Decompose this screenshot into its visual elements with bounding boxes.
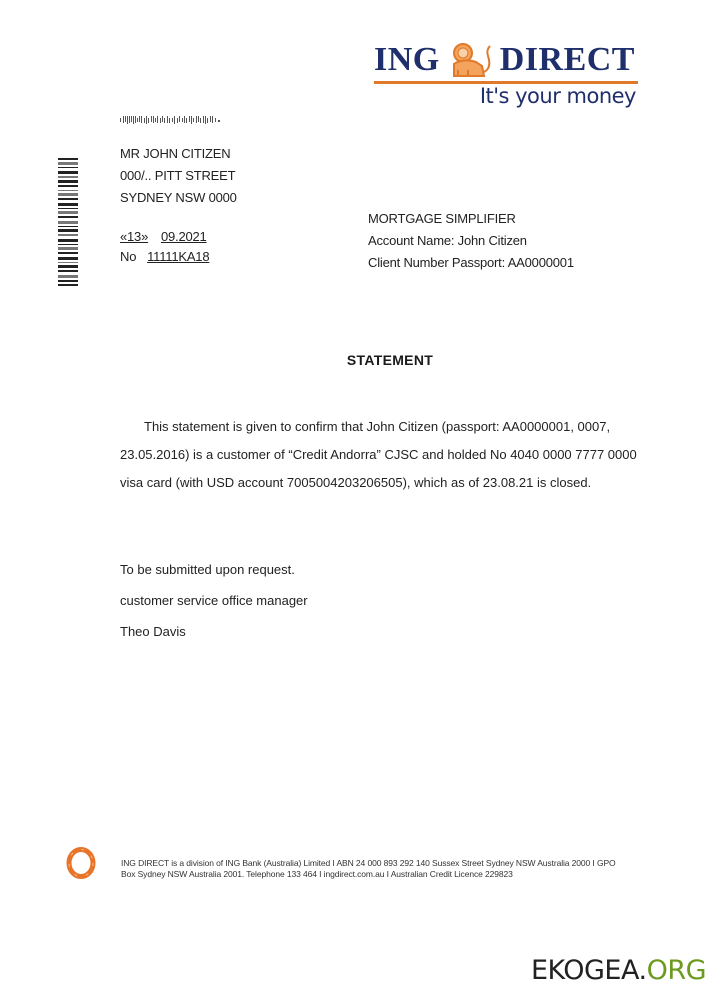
- logo-word-ing: ING: [374, 40, 440, 80]
- document-number: No 11111KA18: [120, 249, 209, 264]
- document-date: «13» 09.2021: [120, 229, 207, 244]
- logo-word-direct: DIRECT: [500, 40, 635, 80]
- lion-icon: [446, 42, 496, 78]
- signatory-role: customer service office manager: [120, 593, 308, 608]
- watermark-part-1: EKOGEA.: [531, 955, 647, 986]
- signatory-name: Theo Davis: [120, 624, 186, 639]
- watermark-part-2: ORG: [647, 955, 706, 986]
- number-label: No: [120, 249, 136, 264]
- closing-note: To be submitted upon request.: [120, 562, 295, 577]
- account-name: Account Name: John Citizen: [368, 233, 527, 248]
- footer-line-1: ING DIRECT is a division of ING Bank (Au…: [121, 858, 616, 869]
- statement-line-2: 23.05.2016) is a customer of “Credit And…: [120, 444, 640, 465]
- ing-direct-logo: ING DIRECT It's your money: [374, 40, 638, 110]
- recipient-street: 000/.. PITT STREET: [120, 168, 235, 183]
- postal-barcode-icon: [120, 115, 230, 124]
- date-day: «13»: [120, 229, 148, 244]
- number-value: 11111KA18: [147, 249, 209, 264]
- date-month-year: 09.2021: [161, 229, 207, 244]
- product-name: MORTGAGE SIMPLIFIER: [368, 211, 516, 226]
- client-number: Client Number Passport: AA0000001: [368, 255, 574, 270]
- statement-line-3: visa card (with USD account 700500420320…: [120, 472, 640, 493]
- orange-ring-icon: [66, 846, 96, 880]
- statement-title: STATEMENT: [0, 352, 720, 368]
- statement-line-1: This statement is given to confirm that …: [144, 416, 664, 437]
- recipient-city: SYDNEY NSW 0000: [120, 190, 237, 205]
- logo-tagline: It's your money: [480, 84, 636, 108]
- footer-line-2: Box Sydney NSW Australia 2001. Telephone…: [121, 869, 616, 880]
- footer-legal: ING DIRECT is a division of ING Bank (Au…: [121, 858, 616, 880]
- recipient-name: MR JOHN CITIZEN: [120, 146, 230, 161]
- barcode-icon: [58, 158, 78, 286]
- watermark: EKOGEA.ORG: [531, 955, 706, 986]
